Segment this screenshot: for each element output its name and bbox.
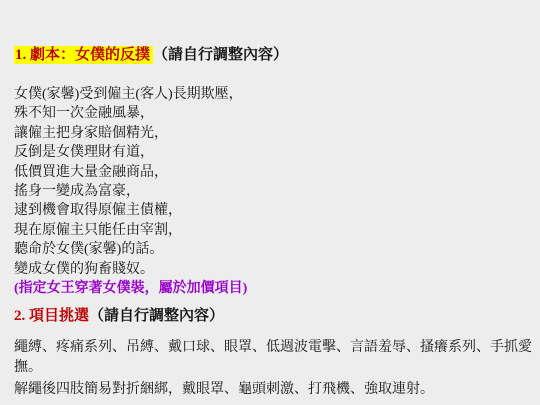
items-paragraph-2: 解繩後四肢簡易對折綑綁，戴眼罩、龜頭刺激、打飛機、強取連射。: [14, 380, 537, 400]
section2-heading-suffix: （請自行調整內容）: [89, 308, 224, 324]
section2-heading-red-text: 2. 項目挑選: [14, 308, 89, 324]
body-line: 反倒是女僕理財有道，: [14, 143, 540, 162]
body-line: 搖身一變成為富豪，: [14, 182, 540, 201]
document-page: 1. 劇本：女僕的反撲（請自行調整內容） 女僕(家馨)受到僱主(客人)長期欺壓，…: [0, 0, 540, 405]
surcharge-note: (指定女王穿著女僕裝，屬於加價項目): [14, 279, 540, 298]
section2-heading: 2. 項目挑選（請自行調整內容）: [14, 307, 540, 325]
body-line: 殊不知一次金融風暴，: [14, 104, 540, 123]
items-paragraph: 繩縛、疼痛系列、吊縛、戴口球、眼罩、低週波電擊、言語羞辱、搔癢系列、手抓愛撫。: [14, 338, 537, 377]
section1-heading-suffix: （請自行調整內容）: [153, 47, 288, 63]
body-line: 逮到機會取得原僱主債權，: [14, 201, 540, 220]
body-line: 現在原僱主只能任由宰割，: [14, 221, 540, 240]
section1-heading-highlighted-text: 1. 劇本：女僕的反撲: [14, 46, 153, 64]
body-line: 讓僱主把身家賠個精光，: [14, 124, 540, 143]
section1-body: 女僕(家馨)受到僱主(客人)長期欺壓， 殊不知一次金融風暴， 讓僱主把身家賠個精…: [14, 85, 540, 298]
body-line: 聽命於女僕(家馨)的話。: [14, 240, 540, 259]
body-line: 女僕(家馨)受到僱主(客人)長期欺壓，: [14, 85, 540, 104]
section1-heading: 1. 劇本：女僕的反撲（請自行調整內容）: [14, 46, 540, 64]
body-line: 低價買進大量金融商品，: [14, 163, 540, 182]
body-line: 變成女僕的狗畜賤奴。: [14, 260, 540, 279]
